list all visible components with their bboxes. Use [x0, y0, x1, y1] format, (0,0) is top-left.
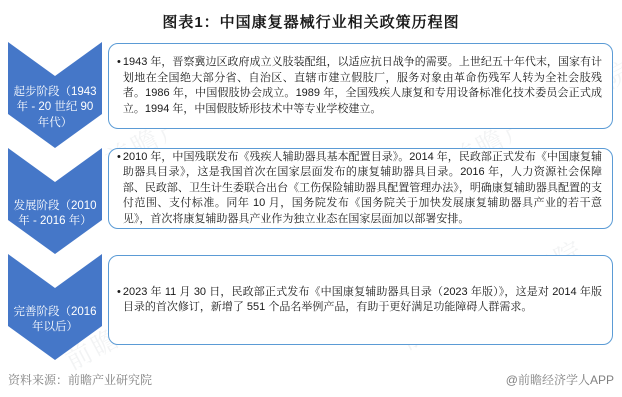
- stage-body: 2023 年 11 月 30 日，民政部正式发布《中国康复辅助器具目录（2023…: [123, 285, 602, 316]
- stage-content: • 1943 年，晋察冀边区政府成立义肢装配组，以适应抗日战争的需要。上世纪五十…: [117, 55, 602, 117]
- stage-chevron-startup: 起步阶段（1943年 - 20 世纪 90 年代）: [8, 42, 102, 148]
- source-note: 资料来源：前瞻产业研究院: [8, 371, 152, 388]
- footer: 资料来源：前瞻产业研究院 @前瞻经济学人APP: [8, 371, 614, 388]
- stage-box-startup: • 1943 年，晋察冀边区政府成立义肢装配组，以适应抗日战争的需要。上世纪五十…: [108, 43, 613, 129]
- stage-box-development: • 2010 年，中国残联发布《残疾人辅助器具基本配置目录》。2014 年，民政…: [108, 148, 613, 229]
- stage-chevron-development: 发展阶段（2010 年 - 2016 年）: [8, 148, 102, 254]
- page-title: 图表1：中国康复器械行业相关政策历程图: [0, 11, 622, 32]
- stage-box-improvement: • 2023 年 11 月 30 日，民政部正式发布《中国康复辅助器具目录（20…: [108, 255, 613, 345]
- policy-timeline-infographic: 图表1：中国康复器械行业相关政策历程图 前瞻产业研究院 前瞻产业研究院 前瞻产业…: [0, 0, 622, 397]
- stage-label: 起步阶段（1943年 - 20 世纪 90 年代）: [8, 53, 102, 137]
- stage-label: 发展阶段（2010 年 - 2016 年）: [8, 167, 102, 235]
- bullet-icon: •: [117, 55, 121, 71]
- bullet-icon: •: [117, 285, 121, 301]
- stage-chevron-improvement: 完善阶段（2016 年以后）: [8, 254, 102, 360]
- stage-label: 完善阶段（2016 年以后）: [8, 273, 102, 341]
- stage-body: 1943 年，晋察冀边区政府成立义肢装配组，以适应抗日战争的需要。上世纪五十年代…: [123, 55, 602, 117]
- stage-content: • 2023 年 11 月 30 日，民政部正式发布《中国康复辅助器具目录（20…: [117, 285, 602, 316]
- credit-note: @前瞻经济学人APP: [506, 371, 614, 388]
- bullet-icon: •: [117, 150, 121, 166]
- stage-body: 2010 年，中国残联发布《残疾人辅助器具基本配置目录》。2014 年，民政部正…: [123, 150, 602, 228]
- stage-content: • 2010 年，中国残联发布《残疾人辅助器具基本配置目录》。2014 年，民政…: [117, 150, 602, 228]
